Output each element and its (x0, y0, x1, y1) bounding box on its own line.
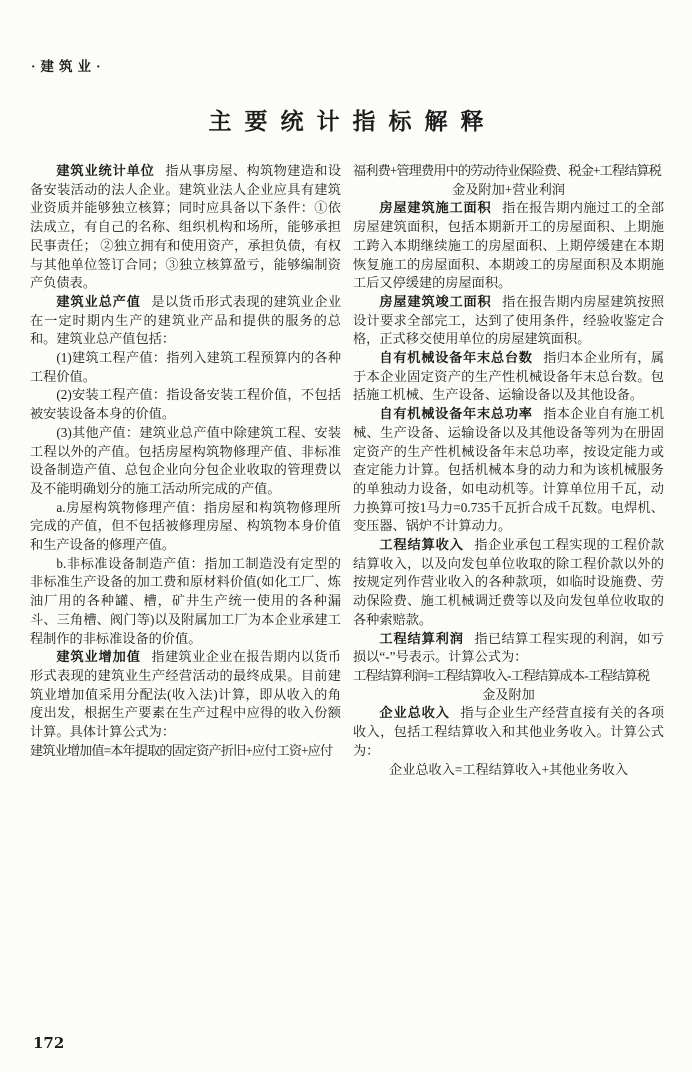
column-left: 建筑业统计单位指从事房屋、构筑物建造和设备安装活动的法人企业。建筑业法人企业应具… (30, 162, 341, 779)
paragraph: 自有机械设备年末总台数指归本企业所有，属于本企业固定资产的生产性机械设备年末总台… (353, 349, 664, 405)
indicator-term: 自有机械设备年末总功率 (379, 406, 532, 421)
paragraph: 企业总收入指与企业生产经营直接有关的各项收入，包括工程结算收入和其他业务收入。计… (353, 704, 664, 760)
formula-center-line: 金及附加 (353, 686, 664, 705)
document-page: ·建筑业· 主要统计指标解释 建筑业统计单位指从事房屋、构筑物建造和设备安装活动… (0, 0, 692, 1072)
indicator-term: 房屋建筑竣工面积 (379, 294, 491, 309)
indicator-term: 建筑业总产值 (56, 294, 140, 309)
running-head: ·建筑业· (31, 55, 106, 75)
page-number: 172 (33, 1034, 64, 1052)
indicator-term: 工程结算利润 (379, 631, 463, 646)
indicator-term: 企业总收入 (379, 705, 450, 720)
indicator-term: 自有机械设备年末总台数 (379, 350, 532, 365)
indicator-term: 房屋建筑施工面积 (379, 200, 491, 215)
paragraph: 建筑业统计单位指从事房屋、构筑物建造和设备安装活动的法人企业。建筑业法人企业应具… (30, 162, 341, 293)
indicator-term: 建筑业增加值 (56, 649, 140, 664)
paragraph: 工程结算收入指企业承包工程实现的工程价款结算收入，以及向发包单位收取的除工程价款… (353, 536, 664, 630)
paragraph: 房屋建筑施工面积指在报告期内施过工的全部房屋建筑面积，包括本期新开工的房屋面积、… (353, 199, 664, 293)
formula-line: 工程结算利润=工程结算收入-工程结算成本-工程结算税 (353, 667, 664, 686)
paragraph: 自有机械设备年末总功率指本企业自有施工机械、生产设备、运输设备以及其他设备等列为… (353, 405, 664, 536)
text-columns: 建筑业统计单位指从事房屋、构筑物建造和设备安装活动的法人企业。建筑业法人企业应具… (30, 162, 664, 779)
paragraph: 建筑业增加值指建筑业企业在报告期内以货币形式表现的建筑业生产经营活动的最终成果。… (30, 648, 341, 742)
paragraph: (3)其他产值：建筑业总产值中除建筑工程、安装工程以外的产值。包括房屋构筑物修理… (30, 424, 341, 499)
page-title: 主要统计指标解释 (0, 103, 692, 136)
indicator-term: 工程结算收入 (379, 537, 463, 552)
column-right: 福利费+管理费用中的劳动待业保险费、税金+工程结算税金及附加+营业利润房屋建筑施… (353, 162, 664, 779)
paragraph: 工程结算利润指已结算工程实现的利润，如亏损以“-”号表示。计算公式为： (353, 630, 664, 667)
formula-line: 福利费+管理费用中的劳动待业保险费、税金+工程结算税 (353, 162, 664, 181)
paragraph: (2)安装工程产值：指设备安装工程价值，不包括被安装设备本身的价值。 (30, 386, 341, 423)
paragraph: 房屋建筑竣工面积指在报告期内房屋建筑按照设计要求全部完工，达到了使用条件，经验收… (353, 293, 664, 349)
formula-center-line: 企业总收入=工程结算收入+其他业务收入 (353, 761, 664, 780)
paragraph: b.非标准设备制造产值：指加工制造没有定型的非标准生产设备的加工费和原材料价值(… (30, 555, 341, 649)
formula-center-line: 金及附加+营业利润 (353, 181, 664, 200)
indicator-term: 建筑业统计单位 (56, 163, 154, 178)
formula-line: 建筑业增加值=本年提取的固定资产折旧+应付工资+应付 (30, 742, 341, 761)
paragraph: a.房屋构筑物修理产值：指房屋和构筑物修理所完成的产值，但不包括被修理房屋、构筑… (30, 499, 341, 555)
paragraph: 建筑业总产值是以货币形式表现的建筑业企业在一定时期内生产的建筑业产品和提供的服务… (30, 293, 341, 349)
paragraph: (1)建筑工程产值：指列入建筑工程预算内的各种工程价值。 (30, 349, 341, 386)
